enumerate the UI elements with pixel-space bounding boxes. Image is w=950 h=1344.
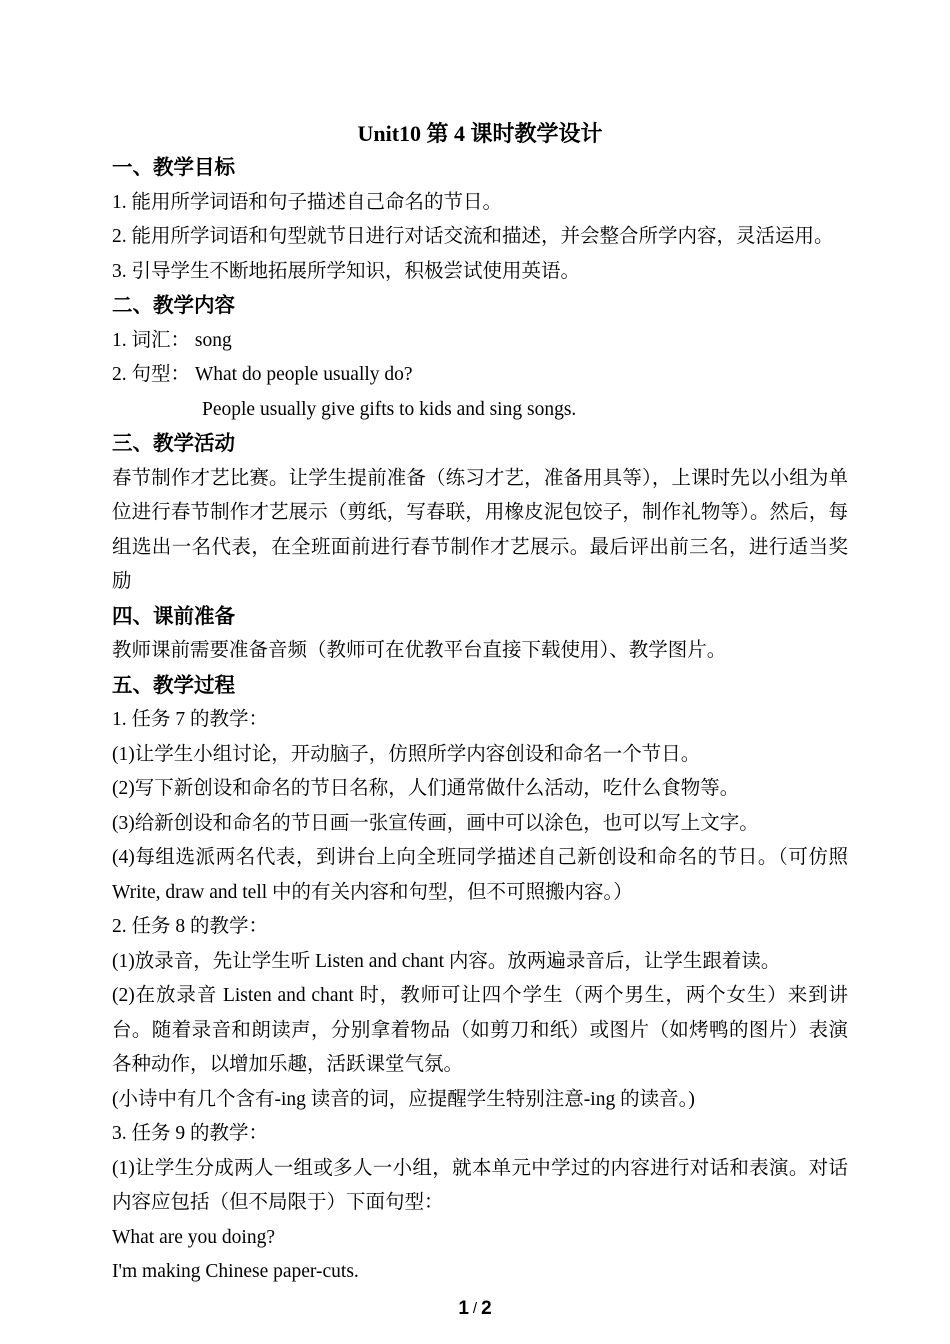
process-step: (1)放录音，先让学生听 Listen and chant 内容。放两遍录音后，… (112, 945, 848, 980)
english-sentence-answer: I'm making Chinese paper-cuts. (112, 1255, 848, 1290)
activities-paragraph: 春节制作才艺比赛。让学生提前准备（练习才艺，准备用具等），上课时先以小组为单位进… (112, 462, 848, 600)
section-heading-content: 二、教学内容 (112, 289, 848, 324)
content-line-vocabulary: 1. 词汇： song (112, 324, 848, 359)
section-heading-process: 五、教学过程 (112, 669, 848, 704)
process-step: (2)写下新创设和命名的节日名称，人们通常做什么活动，吃什么食物等。 (112, 772, 848, 807)
document-page: Unit10 第 4 课时教学设计 一、教学目标 1. 能用所学词语和句子描述自… (112, 116, 848, 1290)
process-step: (3)给新创设和命名的节日画一张宣传画，画中可以涂色，也可以写上文字。 (112, 807, 848, 842)
page-number-total: 2 (481, 1298, 492, 1319)
page-footer: 1/2 (0, 1297, 950, 1321)
process-step-task8: 2. 任务 8 的教学： (112, 910, 848, 945)
process-step: (1)让学生小组讨论，开动脑子，仿照所学内容创设和命名一个节日。 (112, 738, 848, 773)
process-step-task9: 3. 任务 9 的教学： (112, 1117, 848, 1152)
objective-line: 2. 能用所学词语和句型就节日进行对话交流和描述，并会整合所学内容，灵活运用。 (112, 220, 848, 255)
english-sentence-question: What are you doing? (112, 1221, 848, 1256)
section-heading-objectives: 一、教学目标 (112, 151, 848, 186)
process-step: (2)在放录音 Listen and chant 时，教师可让四个学生（两个男生… (112, 979, 848, 1083)
content-line-sentence-example: People usually give gifts to kids and si… (112, 393, 848, 428)
process-note-ing: (小诗中有几个含有-ing 读音的词，应提醒学生特别注意-ing 的读音。) (112, 1083, 848, 1118)
objective-line: 1. 能用所学词语和句子描述自己命名的节日。 (112, 186, 848, 221)
process-step-task7: 1. 任务 7 的教学： (112, 703, 848, 738)
content-line-sentence-pattern: 2. 句型： What do people usually do? (112, 358, 848, 393)
page-number-separator: / (469, 1300, 481, 1317)
section-heading-activities: 三、教学活动 (112, 427, 848, 462)
preparation-paragraph: 教师课前需要准备音频（教师可在优教平台直接下载使用）、教学图片。 (112, 634, 848, 669)
section-heading-preparation: 四、课前准备 (112, 600, 848, 635)
page-number-current: 1 (458, 1298, 469, 1319)
objective-line: 3. 引导学生不断地拓展所学知识，积极尝试使用英语。 (112, 255, 848, 290)
process-step: (4)每组选派两名代表，到讲台上向全班同学描述自己新创设和命名的节日。（可仿照 … (112, 841, 848, 910)
document-title: Unit10 第 4 课时教学设计 (112, 116, 848, 151)
process-step: (1)让学生分成两人一组或多人一小组，就本单元中学过的内容进行对话和表演。对话内… (112, 1152, 848, 1221)
